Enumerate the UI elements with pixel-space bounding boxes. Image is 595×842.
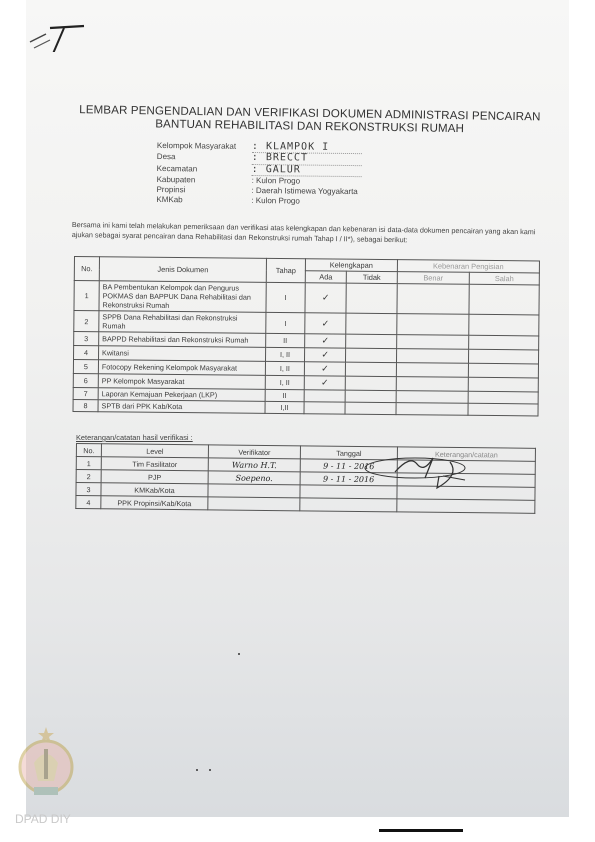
cell-tahap: II xyxy=(265,389,304,401)
info-value-kmkab: : Kulon Progo xyxy=(251,196,361,207)
info-label: Kecamatan xyxy=(157,164,252,176)
cell-no: 1 xyxy=(74,281,99,311)
col-tidak: Tidak xyxy=(346,271,397,283)
cell-level: PJP xyxy=(101,470,208,484)
watermark-text: DPAD DIY xyxy=(15,812,71,826)
cell-level: Tim Fasilitator xyxy=(101,457,208,471)
cell-tidak xyxy=(345,390,396,402)
cell-no: 8 xyxy=(73,399,98,411)
cell-verifikator xyxy=(208,484,300,498)
cell-benar xyxy=(396,349,468,364)
cell-keterangan xyxy=(397,499,535,513)
cell-ada xyxy=(304,390,345,402)
cell-tahap: I, II xyxy=(265,375,304,389)
cell-verifikator xyxy=(208,497,300,511)
cell-benar xyxy=(396,391,468,404)
cell-tahap: I, II xyxy=(265,361,304,375)
cell-salah xyxy=(469,284,539,315)
cell-tahap: I xyxy=(266,282,305,312)
cell-benar xyxy=(396,335,468,350)
handwritten-corner-mark-icon xyxy=(28,12,88,52)
cell-salah xyxy=(469,314,539,336)
cell-tidak xyxy=(345,402,396,414)
scan-speck xyxy=(209,769,211,771)
cell-ada xyxy=(304,402,345,414)
cell-tidak xyxy=(346,348,397,362)
yogyakarta-emblem-icon xyxy=(14,725,78,803)
cell-ada: ✓ xyxy=(304,348,345,362)
cell-benar xyxy=(396,363,468,378)
col-ada: Ada xyxy=(305,271,346,283)
col-tahap: Tahap xyxy=(266,258,305,282)
cell-no: 3 xyxy=(76,483,101,496)
cell-jenis: BA Pembentukan Kelompok dan Pengurus POK… xyxy=(99,281,266,313)
col-no: No. xyxy=(74,257,99,281)
verification-label: Keterangan/catatan hasil verifikasi : xyxy=(76,433,193,442)
cell-no: 4 xyxy=(74,346,99,360)
cell-ada: ✓ xyxy=(305,283,346,313)
cell-salah xyxy=(468,363,538,378)
info-label: Desa xyxy=(157,152,252,164)
cell-benar xyxy=(396,403,468,416)
bottom-bar xyxy=(379,829,463,832)
document-checklist-table: No. Jenis Dokumen Tahap Kelengkapan Kebe… xyxy=(73,256,540,416)
info-label: KMKab xyxy=(156,195,251,206)
cell-no: 1 xyxy=(76,457,101,470)
col-no: No. xyxy=(76,444,101,457)
cell-ada: ✓ xyxy=(304,362,345,376)
col-salah: Salah xyxy=(469,272,539,285)
cell-jenis: SPPB Dana Rehabilitasi dan Rekonstruksi … xyxy=(99,311,266,334)
handwritten-signature-icon xyxy=(355,450,495,500)
col-kelengkapan: Kelengkapan xyxy=(305,259,397,272)
cell-no: 2 xyxy=(76,470,101,483)
cell-tahap: I xyxy=(266,312,305,333)
cell-no: 5 xyxy=(73,360,98,374)
cell-jenis: SPTB dari PPK Kab/Kota xyxy=(98,400,265,414)
cell-ada: ✓ xyxy=(305,313,346,334)
cell-salah xyxy=(468,391,538,404)
cell-tidak xyxy=(345,362,396,376)
cell-tidak xyxy=(346,334,397,348)
cell-no: 3 xyxy=(74,332,99,346)
cell-verifikator: Soepeno. xyxy=(208,471,300,485)
cell-ada: ✓ xyxy=(305,334,346,348)
cell-no: 6 xyxy=(73,373,98,387)
cell-no: 4 xyxy=(76,496,101,509)
col-verifikator: Verifikator xyxy=(208,445,300,459)
table-row: 1BA Pembentukan Kelompok dan Pengurus PO… xyxy=(74,281,539,315)
cell-tidak xyxy=(346,313,397,334)
cell-no: 7 xyxy=(73,387,98,399)
cell-salah xyxy=(468,403,538,416)
cell-tidak xyxy=(345,376,396,390)
cell-benar xyxy=(397,314,469,336)
info-block: Kelompok Masyarakat : KLAMPOK I Desa : B… xyxy=(156,141,362,208)
cell-level: PPK Propinsi/Kab/Kota xyxy=(101,496,208,510)
info-row-kmkab: KMKab : Kulon Progo xyxy=(156,195,361,207)
col-benar: Benar xyxy=(397,272,469,285)
col-level: Level xyxy=(101,444,208,458)
cell-tidak xyxy=(346,283,397,313)
cell-no: 2 xyxy=(74,311,99,332)
cell-verifikator: Warno H.T. xyxy=(208,458,300,472)
cell-level: KMKab/Kota xyxy=(101,483,208,497)
cell-tahap: I,II xyxy=(265,401,304,413)
cell-tahap: I, II xyxy=(265,347,304,361)
cell-salah xyxy=(469,335,539,350)
cell-ada: ✓ xyxy=(304,376,345,390)
cell-salah xyxy=(468,349,538,364)
cell-tahap: II xyxy=(266,333,305,347)
info-label: Kelompok Masyarakat xyxy=(157,141,252,153)
scan-speck xyxy=(238,653,240,655)
scan-speck xyxy=(196,769,198,771)
cell-benar xyxy=(396,377,468,392)
cell-salah xyxy=(468,377,538,392)
col-jenis: Jenis Dokumen xyxy=(99,257,266,283)
cell-benar xyxy=(397,284,469,315)
